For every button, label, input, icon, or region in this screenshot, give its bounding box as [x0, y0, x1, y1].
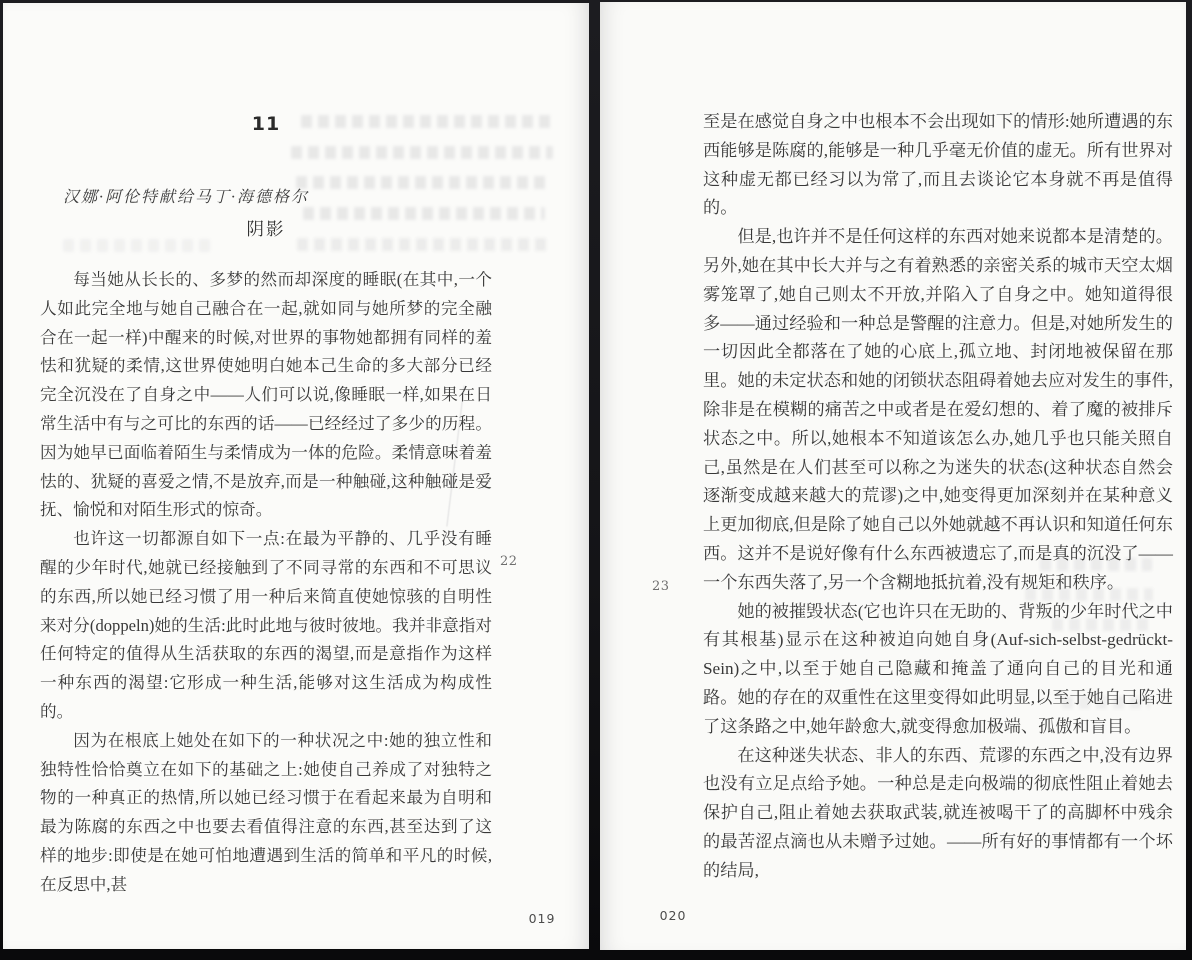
- page-left: 11 汉娜·阿伦特献给马丁·海德格尔 阴影 每当她从长长的、多梦的然而却深度的睡…: [3, 3, 589, 949]
- paragraph: 在这种迷失状态、非人的东西、荒谬的东西之中,没有边界也没有立足点给予她。一种总是…: [703, 742, 1173, 886]
- paragraph: 每当她从长长的、多梦的然而却深度的睡眠(在其中,一个人如此完全地与她自己融合在一…: [40, 266, 492, 525]
- chapter-number: 11: [40, 113, 492, 135]
- margin-note-number: 22: [500, 554, 518, 569]
- paragraph: 但是,也许并不是任何这样的东西对她来说都本是清楚的。另外,她在其中长大并与之有着…: [703, 223, 1173, 597]
- paragraph: 因为在根底上她处在如下的一种状况之中:她的独立性和独特性恰恰奠立在如下的基础之上…: [40, 727, 492, 900]
- page-right: 至是在感觉自身之中也根本不会出现如下的情形:她所遭遇的东西能够是陈腐的,能够是一…: [600, 2, 1186, 950]
- paragraph: 也许这一切都源自如下一点:在最为平静的、几乎没有睡醒的少年时代,她就已经接触到了…: [40, 525, 492, 727]
- paragraph: 至是在感觉自身之中也根本不会出现如下的情形:她所遭遇的东西能够是陈腐的,能够是一…: [703, 108, 1173, 223]
- folio-page-number: 020: [640, 908, 706, 923]
- body-text-left: 每当她从长长的、多梦的然而却深度的睡眠(在其中,一个人如此完全地与她自己融合在一…: [40, 266, 492, 900]
- book-spread-scan: 11 汉娜·阿伦特献给马丁·海德格尔 阴影 每当她从长长的、多梦的然而却深度的睡…: [0, 0, 1192, 960]
- body-text-right: 至是在感觉自身之中也根本不会出现如下的情形:她所遭遇的东西能够是陈腐的,能够是一…: [703, 108, 1173, 886]
- paragraph: 她的被摧毁状态(它也许只在无助的、背叛的少年时代之中有其根基)显示在这种被迫向她…: [703, 598, 1173, 742]
- bleed-through-text: [291, 146, 553, 159]
- folio-page-number: 019: [509, 911, 575, 926]
- chapter-title: 阴影: [40, 216, 492, 241]
- dedication-line: 汉娜·阿伦特献给马丁·海德格尔: [63, 184, 309, 207]
- bleed-through-text: [296, 176, 551, 189]
- margin-note-number: 23: [652, 579, 670, 594]
